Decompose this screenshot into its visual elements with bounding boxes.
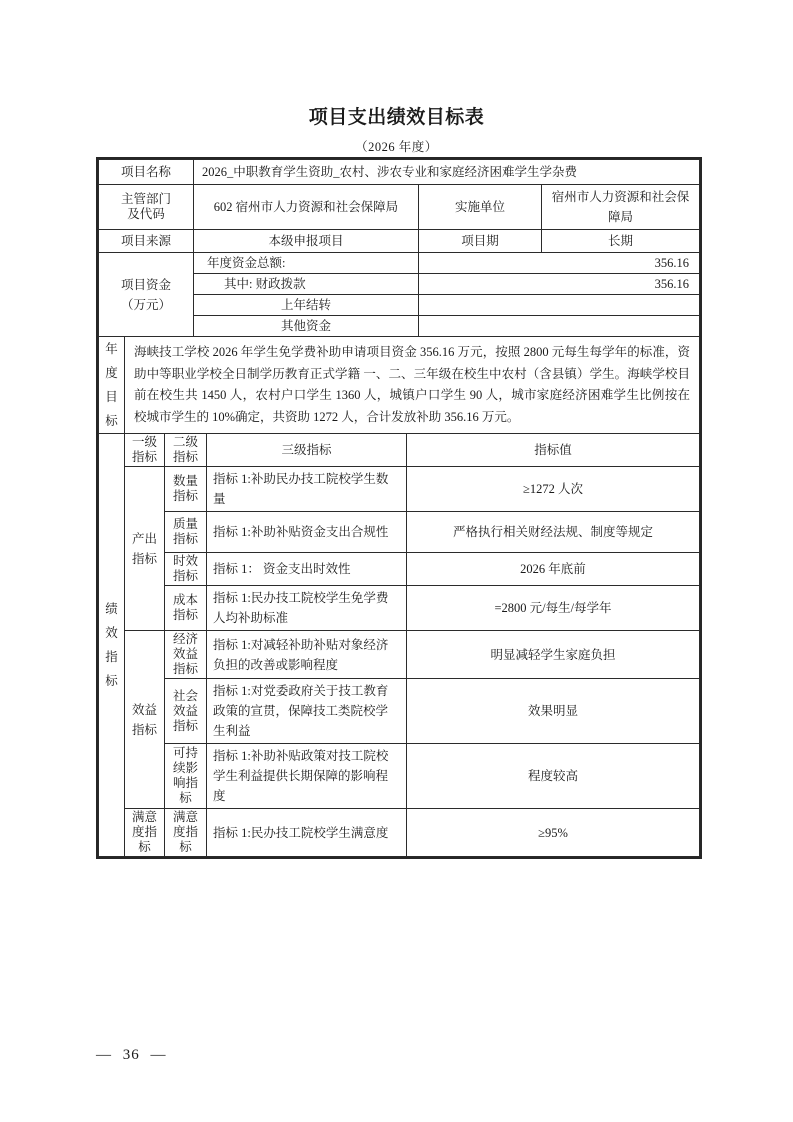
document-title: 项目支出绩效目标表 (0, 102, 793, 129)
table-row: 可持 续影 响指 标 指标 1:补助补贴政策对技工院校学生利益提供长期保障的影响… (99, 744, 700, 809)
annual-goal-table: 年 度 目 标 海峡技工学校 2026 年学生免学费补助申请项目资金 356.1… (98, 336, 700, 434)
impl-unit-label: 实施单位 (419, 185, 542, 230)
table-row: 项目资金 （万元） 年度资金总额: 356.16 (99, 253, 700, 274)
value-quantity: ≥1272 人次 (407, 467, 700, 512)
period-value: 长期 (542, 230, 700, 253)
performance-target-table: 项目名称 2026_中职教育学生资助_农村、涉农专业和家庭经济困难学生学杂费 主… (96, 157, 702, 859)
table-row: 主管部门 及代码 602 宿州市人力资源和社会保障局 实施单位 宿州市人力资源和… (99, 185, 700, 230)
page-number: — 36 — (96, 1047, 167, 1064)
value-social: 效果明显 (407, 679, 700, 744)
document-page: 项目支出绩效目标表 （2026 年度） 项目名称 2026_中职教育学生资助_农… (0, 0, 793, 1122)
funding-carryover-value (419, 295, 700, 316)
table-row: 成本 指标 指标 1:民办技工院校学生免学费人均补助标准 =2800 元/每生/… (99, 586, 700, 631)
value-economic: 明显减轻学生家庭负担 (407, 631, 700, 679)
header-level2: 二级 指标 (165, 434, 207, 467)
level2-timeliness: 时效 指标 (165, 553, 207, 586)
source-value: 本级申报项目 (194, 230, 419, 253)
table-row: 社会 效益 指标 指标 1:对党委政府关于技工教育政策的宣贯，保障技工类院校学生… (99, 679, 700, 744)
annual-goal-label: 年 度 目 标 (99, 337, 125, 434)
level2-quality: 质量 指标 (165, 512, 207, 553)
level3-economic: 指标 1:对减轻补助补贴对象经济负担的改善或影响程度 (207, 631, 407, 679)
funding-other-label: 其他资金 (194, 316, 419, 337)
project-name-value: 2026_中职教育学生资助_农村、涉农专业和家庭经济困难学生学杂费 (194, 160, 700, 185)
level2-cost: 成本 指标 (165, 586, 207, 631)
funding-total-value: 356.16 (419, 253, 700, 274)
funding-section-label: 项目资金 （万元） (99, 253, 194, 337)
period-label: 项目期 (419, 230, 542, 253)
funding-fiscal-value: 356.16 (419, 274, 700, 295)
table-row: 满意 度指 标 满意 度指 标 指标 1:民办技工院校学生满意度 ≥95% (99, 809, 700, 857)
source-label: 项目来源 (99, 230, 194, 253)
level3-satisfaction: 指标 1:民办技工院校学生满意度 (207, 809, 407, 857)
level3-cost: 指标 1:民办技工院校学生免学费人均补助标准 (207, 586, 407, 631)
level2-sustainability: 可持 续影 响指 标 (165, 744, 207, 809)
value-quality: 严格执行相关财经法规、制度等规定 (407, 512, 700, 553)
dept-value: 602 宿州市人力资源和社会保障局 (194, 185, 419, 230)
group-satisfaction-label: 满意 度指 标 (125, 809, 165, 857)
value-cost: =2800 元/每生/每学年 (407, 586, 700, 631)
table-row: 质量 指标 指标 1:补助补贴资金支出合规性 严格执行相关财经法规、制度等规定 (99, 512, 700, 553)
header-level3: 三级指标 (207, 434, 407, 467)
level3-quality: 指标 1:补助补贴资金支出合规性 (207, 512, 407, 553)
indicators-table: 绩 效 指 标 一级 指标 二级 指标 三级指标 指标值 产出 指标 数量 指标… (98, 433, 700, 857)
level2-satisfaction: 满意 度指 标 (165, 809, 207, 857)
funding-fiscal-label: 其中: 财政拨款 (194, 274, 419, 295)
impl-unit-value: 宿州市人力资源和社会保障局 (542, 185, 700, 230)
funding-total-label: 年度资金总额: (194, 253, 419, 274)
table-row: 项目来源 本级申报项目 项目期 长期 (99, 230, 700, 253)
value-satisfaction: ≥95% (407, 809, 700, 857)
table-row: 产出 指标 数量 指标 指标 1:补助民办技工院校学生数量 ≥1272 人次 (99, 467, 700, 512)
level3-social: 指标 1:对党委政府关于技工教育政策的宣贯，保障技工类院校学生利益 (207, 679, 407, 744)
table-row: 年 度 目 标 海峡技工学校 2026 年学生免学费补助申请项目资金 356.1… (99, 337, 700, 434)
project-name-label: 项目名称 (99, 160, 194, 185)
funding-other-value (419, 316, 700, 337)
annual-goal-text: 海峡技工学校 2026 年学生免学费补助申请项目资金 356.16 万元，按照 … (125, 337, 700, 434)
level2-quantity: 数量 指标 (165, 467, 207, 512)
value-sustainability: 程度较高 (407, 744, 700, 809)
table-row: 项目名称 2026_中职教育学生资助_农村、涉农专业和家庭经济困难学生学杂费 (99, 160, 700, 185)
header-level1: 一级 指标 (125, 434, 165, 467)
project-info-table: 项目名称 2026_中职教育学生资助_农村、涉农专业和家庭经济困难学生学杂费 主… (98, 159, 700, 337)
level3-quantity: 指标 1:补助民办技工院校学生数量 (207, 467, 407, 512)
indicators-section-label: 绩 效 指 标 (99, 434, 125, 857)
table-row: 绩 效 指 标 一级 指标 二级 指标 三级指标 指标值 (99, 434, 700, 467)
dept-label: 主管部门 及代码 (99, 185, 194, 230)
level2-social: 社会 效益 指标 (165, 679, 207, 744)
funding-carryover-label: 上年结转 (194, 295, 419, 316)
header-value: 指标值 (407, 434, 700, 467)
level2-economic: 经济 效益 指标 (165, 631, 207, 679)
table-row: 时效 指标 指标 1： 资金支出时效性 2026 年底前 (99, 553, 700, 586)
group-output-label: 产出 指标 (125, 467, 165, 631)
level3-timeliness: 指标 1： 资金支出时效性 (207, 553, 407, 586)
table-row: 效益 指标 经济 效益 指标 指标 1:对减轻补助补贴对象经济负担的改善或影响程… (99, 631, 700, 679)
level3-sustainability: 指标 1:补助补贴政策对技工院校学生利益提供长期保障的影响程度 (207, 744, 407, 809)
document-subtitle: （2026 年度） (0, 137, 793, 155)
group-benefit-label: 效益 指标 (125, 631, 165, 809)
value-timeliness: 2026 年底前 (407, 553, 700, 586)
